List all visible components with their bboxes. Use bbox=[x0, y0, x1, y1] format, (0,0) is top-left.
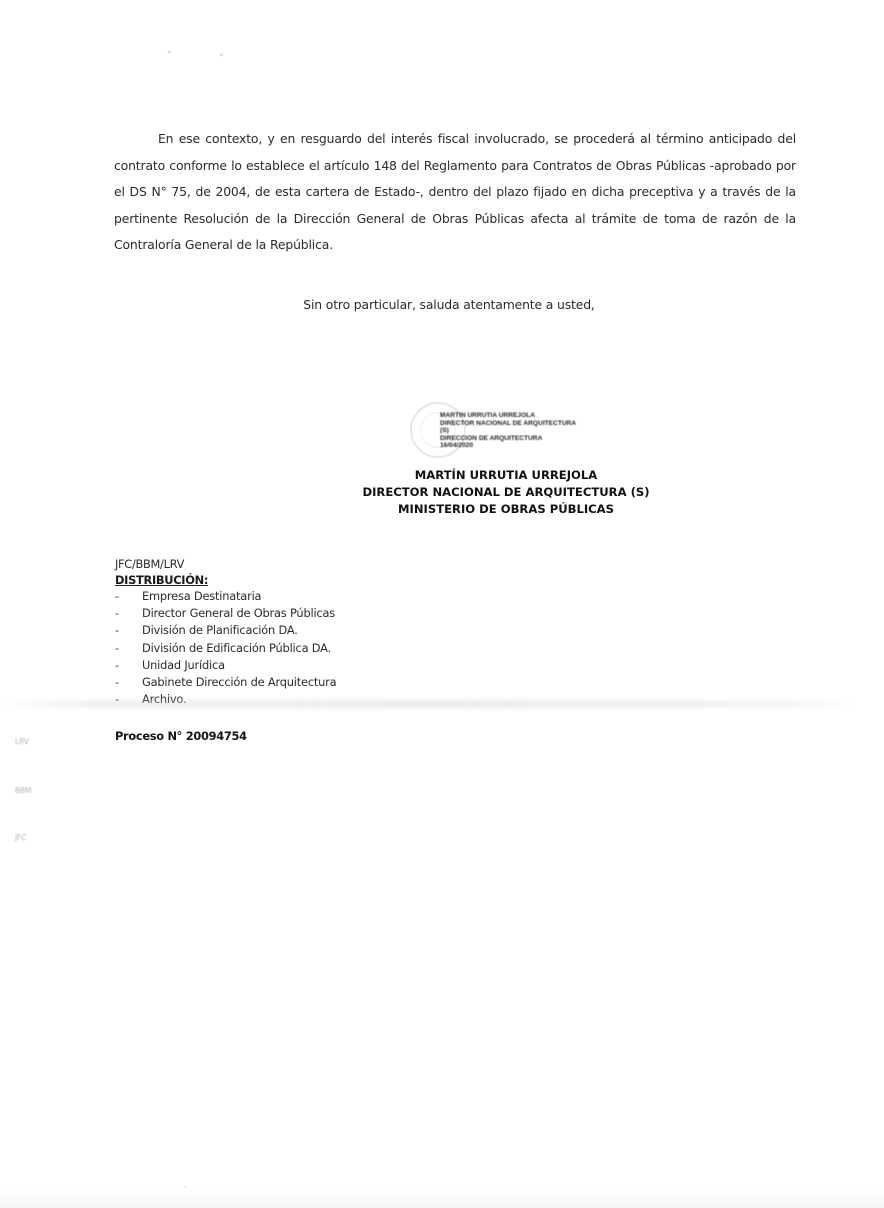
distribution-item: -Gabinete Dirección de Arquitectura bbox=[115, 674, 336, 691]
closing-salutation: Sin otro particular, saluda atentamente … bbox=[0, 297, 884, 312]
scan-artifact-line bbox=[0, 700, 860, 708]
esign-line-title: DIRECTOR NACIONAL DE ARQUITECTURA bbox=[440, 420, 576, 428]
signer-block: MARTÍN URRUTIA URREJOLA DIRECTOR NACIONA… bbox=[0, 467, 884, 518]
distribution-item: -Unidad Jurídica bbox=[115, 657, 336, 674]
bullet-dash: - bbox=[115, 588, 142, 605]
distribution-item-label: División de Edificación Pública DA. bbox=[142, 640, 331, 657]
distribution-item: -Empresa Destinataria bbox=[115, 588, 336, 605]
distribution-item-label: Empresa Destinataria bbox=[142, 588, 261, 605]
esign-line-suffix: (S) bbox=[440, 427, 576, 435]
distribution-item-label: División de Planificación DA. bbox=[142, 622, 298, 639]
body-paragraph-text: En ese contexto, y en resguardo del inte… bbox=[114, 131, 796, 252]
electronic-signature-text: MARTIN URRUTIA URREJOLA DIRECTOR NACIONA… bbox=[440, 412, 576, 450]
margin-initial-bbm: BBM bbox=[15, 786, 31, 795]
footer-block: JFC/BBM/LRV DISTRIBUCIÓN: -Empresa Desti… bbox=[115, 556, 336, 708]
body-paragraph: En ese contexto, y en resguardo del inte… bbox=[114, 126, 796, 259]
signer-name: MARTÍN URRUTIA URREJOLA bbox=[128, 467, 884, 484]
distribution-item: -Director General de Obras Públicas bbox=[115, 605, 336, 622]
margin-initial-lrv: LRV bbox=[15, 737, 29, 746]
electronic-signature: MARTIN URRUTIA URREJOLA DIRECTOR NACIONA… bbox=[406, 400, 666, 462]
bullet-dash: - bbox=[115, 657, 142, 674]
esign-line-department: DIRECCION DE ARQUITECTURA bbox=[440, 435, 576, 443]
margin-initial-jfc: JFC bbox=[15, 833, 26, 842]
scan-speck bbox=[220, 54, 223, 56]
scan-speck bbox=[168, 51, 171, 53]
signer-title: DIRECTOR NACIONAL DE ARQUITECTURA (S) bbox=[128, 484, 884, 501]
distribution-item-label: Unidad Jurídica bbox=[142, 657, 225, 674]
distribution-item-label: Director General de Obras Públicas bbox=[142, 605, 335, 622]
esign-line-date: 16/04/2020 bbox=[440, 442, 576, 450]
distribution-heading: DISTRIBUCIÓN: bbox=[115, 573, 336, 588]
bullet-dash: - bbox=[115, 640, 142, 657]
bullet-dash: - bbox=[115, 674, 142, 691]
signer-ministry: MINISTERIO DE OBRAS PÚBLICAS bbox=[128, 501, 884, 518]
bullet-dash: - bbox=[115, 605, 142, 622]
distribution-list: -Empresa Destinataria -Director General … bbox=[115, 588, 336, 708]
reference-initials: JFC/BBM/LRV bbox=[115, 556, 336, 573]
process-number: Proceso N° 20094754 bbox=[115, 729, 247, 743]
esign-line-name: MARTIN URRUTIA URREJOLA bbox=[440, 412, 576, 420]
distribution-item: -División de Edificación Pública DA. bbox=[115, 640, 336, 657]
document-page: En ese contexto, y en resguardo del inte… bbox=[0, 0, 884, 1208]
distribution-item: -División de Planificación DA. bbox=[115, 622, 336, 639]
distribution-item-label: Gabinete Dirección de Arquitectura bbox=[142, 674, 336, 691]
bullet-dash: - bbox=[115, 622, 142, 639]
page-bottom-edge bbox=[0, 1188, 884, 1208]
